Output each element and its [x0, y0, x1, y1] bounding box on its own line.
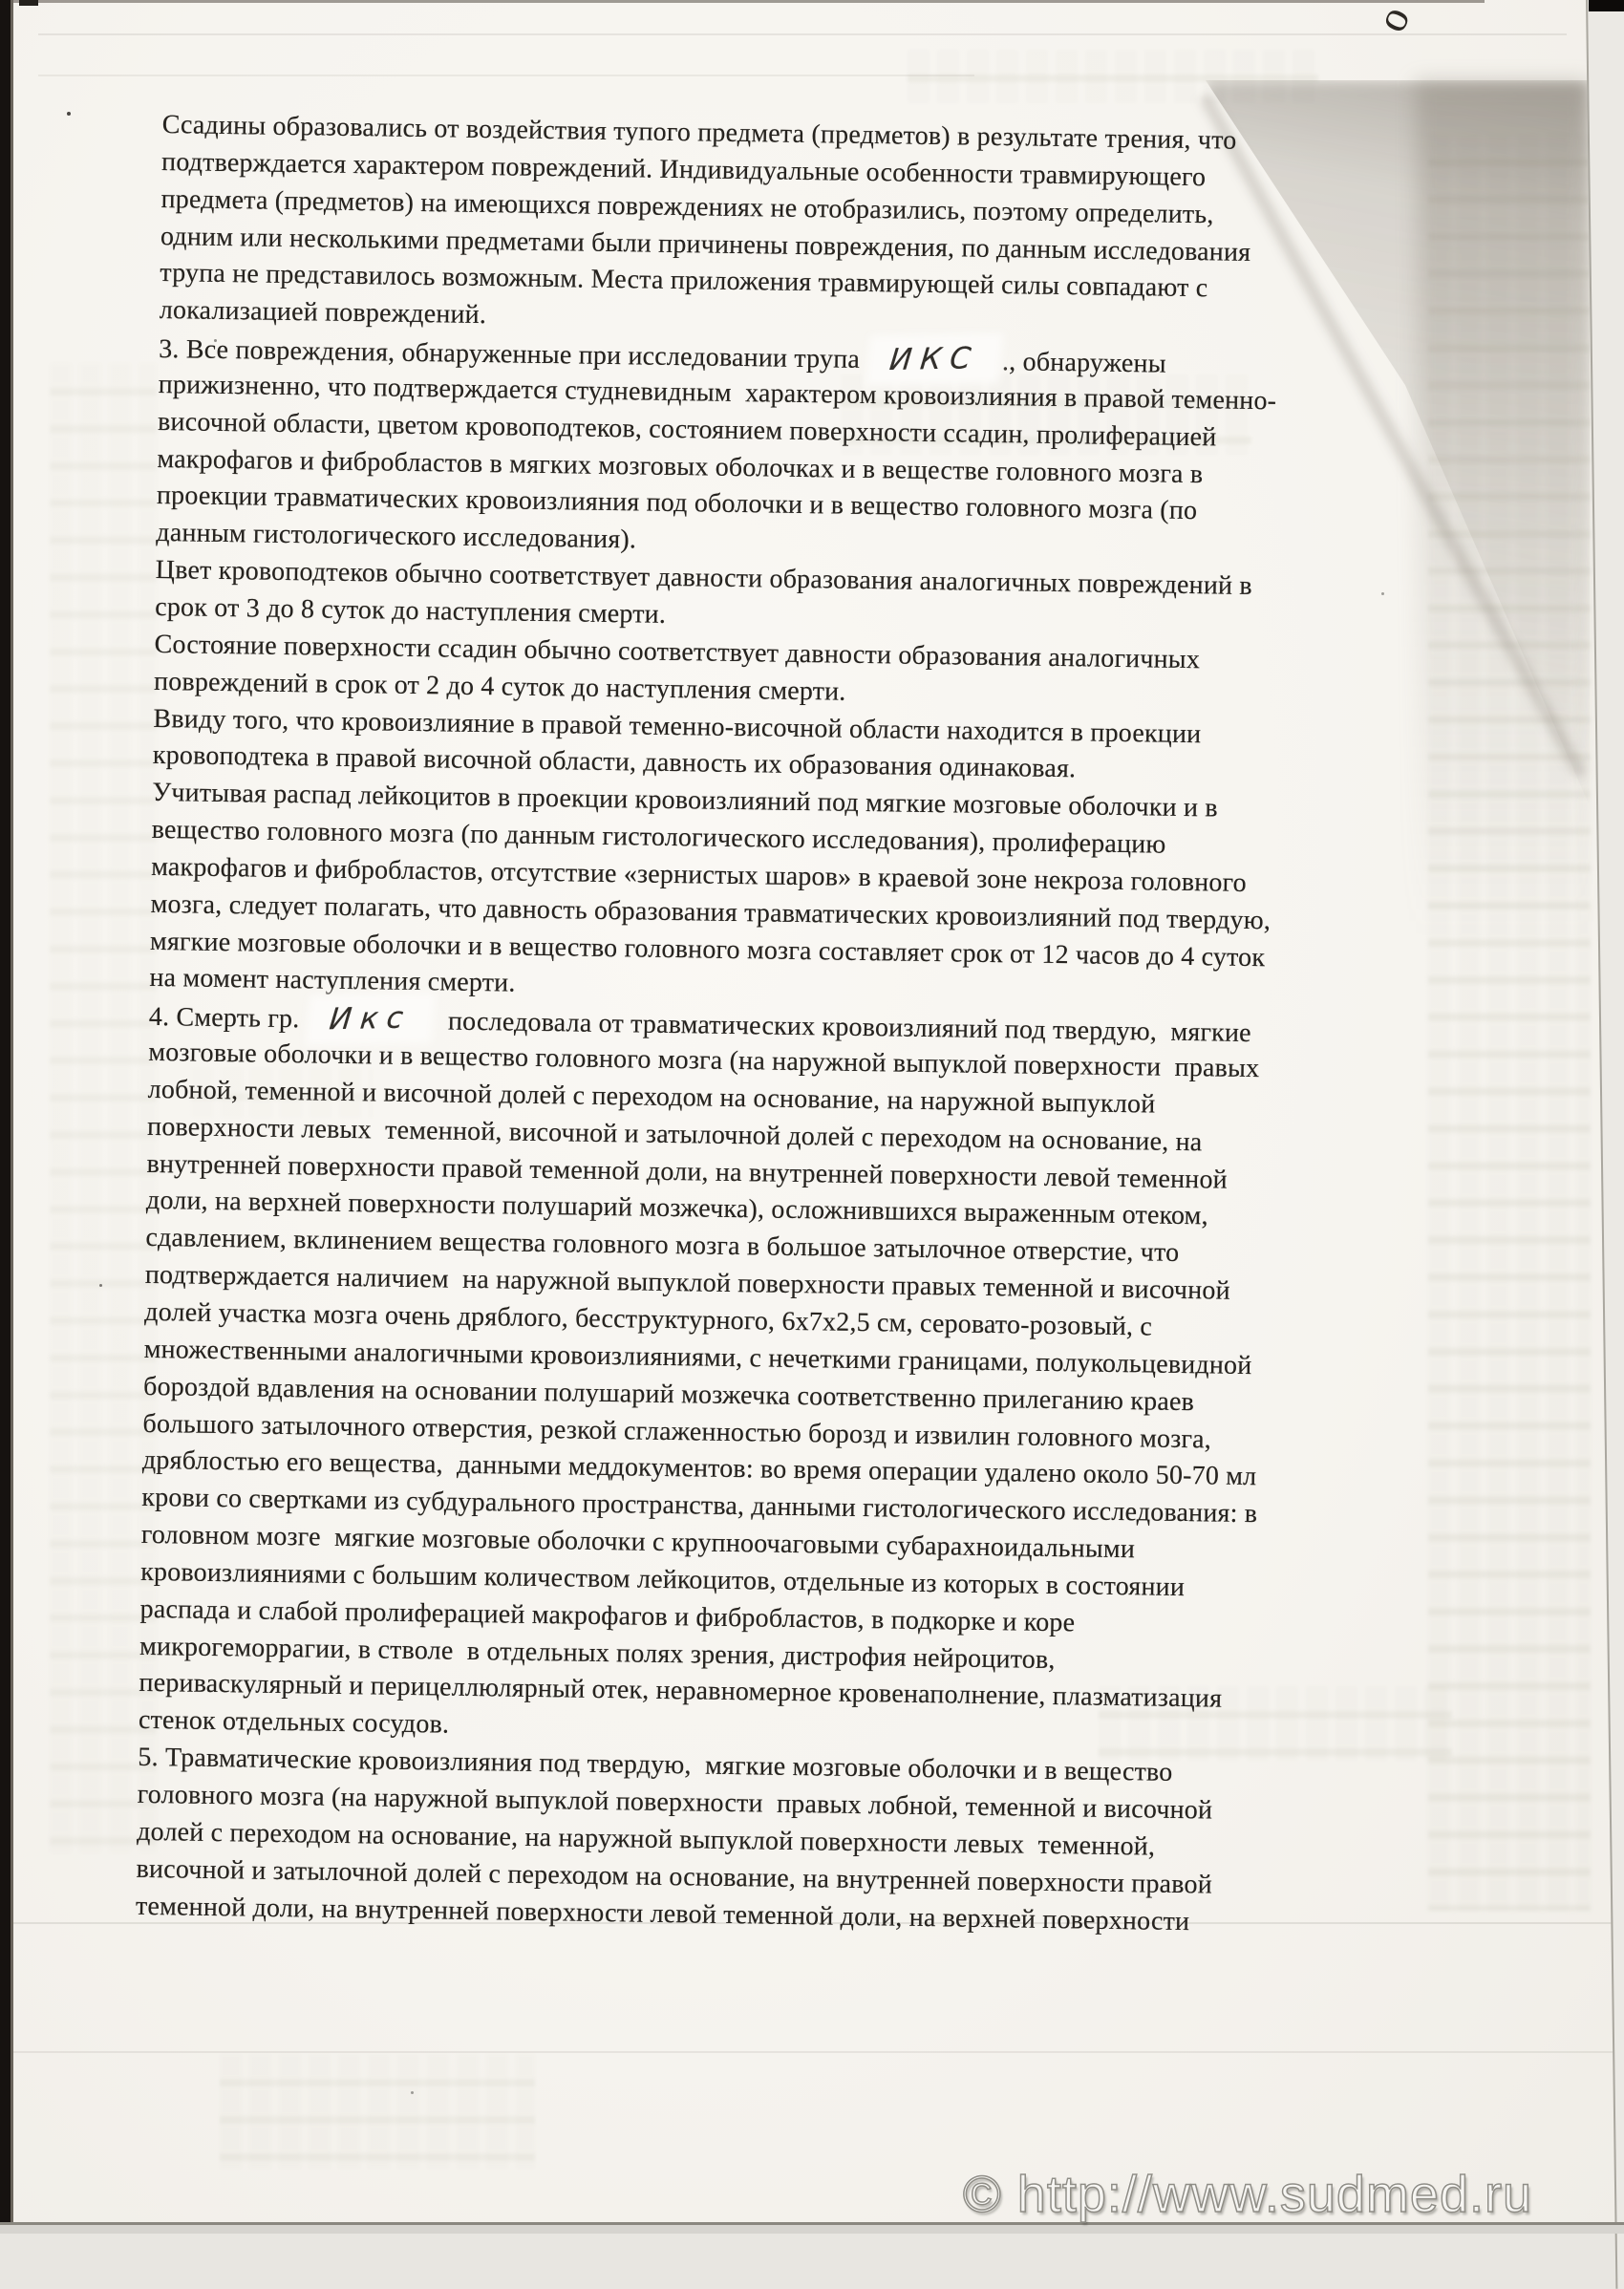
scan-streak: [10, 2051, 1614, 2053]
handwritten-name: Икс: [312, 999, 429, 1038]
speck: [411, 2091, 414, 2094]
report-text-block: Ссадины образовались от воздействия тупо…: [136, 107, 1452, 1944]
scan-edge-bottom: [0, 2225, 1624, 2234]
handwritten-name: ИКС: [872, 340, 996, 379]
scan-edge-left: [0, 0, 13, 2234]
watermark: © http://www.sudmed.ru: [963, 2165, 1532, 2224]
speck: [214, 339, 217, 342]
paper-right-edge: [1586, 0, 1624, 2234]
bleedthrough-ghost: [220, 2054, 535, 2169]
speck: [99, 1284, 102, 1287]
scan-edge-top: [13, 0, 1485, 3]
speck: [1381, 592, 1384, 595]
speck: [67, 112, 71, 116]
scan-edge-top-dash: [19, 0, 38, 6]
scan-streak: [38, 75, 974, 76]
corner-handwriting: по: [1367, 0, 1445, 57]
typed-text: ., обнаружены: [1002, 347, 1166, 379]
scan-corner-black: [1589, 0, 1624, 11]
typed-text: 4. Смерть гр.: [149, 1002, 307, 1034]
scan-streak: [38, 33, 1567, 35]
speck: [611, 1629, 613, 1631]
scanned-page: по Ссадины образовались от воздействия т…: [0, 0, 1624, 2234]
